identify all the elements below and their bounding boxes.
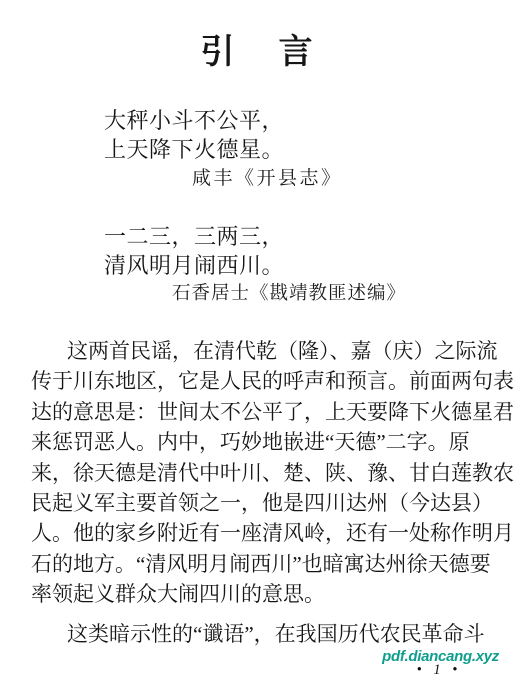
body-line: 人。他的家乡附近有一座清风岭，还有一处称作明月 bbox=[31, 518, 489, 548]
poem-second-attribution: 石香居士《戡靖教匪述编》 bbox=[172, 279, 406, 305]
scanned-book-page: 引 言 大秤小斗不公平， 上天降下火德星。 咸丰《开县志》 一二三，三两三， 清… bbox=[0, 0, 518, 691]
poem-first-attribution: 咸丰《开县志》 bbox=[192, 163, 343, 190]
body-line: 这类暗示性的“谶语”，在我国历代农民革命斗 bbox=[31, 619, 489, 649]
body-line: 传于川东地区，它是人民的呼声和预言。前面两句表 bbox=[31, 366, 489, 396]
body-line: 来，徐天德是清代中叶川、楚、陕、豫、甘白莲教农 bbox=[31, 458, 489, 488]
body-line: 率领起义群众大闹四川的意思。 bbox=[31, 579, 489, 609]
body-line: 民起义军主要首领之一，他是四川达州（今达县） bbox=[31, 488, 489, 518]
paragraph: 这两首民谣，在清代乾（隆）、嘉（庆）之际流 传于川东地区，它是人民的呼声和预言。… bbox=[31, 336, 489, 610]
poem-first: 大秤小斗不公平， 上天降下火德星。 bbox=[104, 106, 284, 164]
poem-line: 一二三，三两三， bbox=[104, 222, 284, 251]
page-number: • 1 • bbox=[408, 662, 470, 679]
poem-second: 一二三，三两三， 清风明月闹西川。 bbox=[104, 222, 284, 280]
body-line: 这两首民谣，在清代乾（隆）、嘉（庆）之际流 bbox=[31, 336, 489, 366]
body-line: 达的意思是：世间太不公平了，上天要降下火德星君 bbox=[31, 397, 489, 427]
body-line: 石的地方。“清风明月闹西川”也暗寓达州徐天德要 bbox=[31, 549, 489, 579]
poem-line: 大秤小斗不公平， bbox=[104, 106, 284, 135]
poem-line: 上天降下火德星。 bbox=[104, 135, 284, 164]
paragraph: 这类暗示性的“谶语”，在我国历代农民革命斗 bbox=[31, 619, 489, 649]
poem-line: 清风明月闹西川。 bbox=[104, 251, 284, 280]
body-text: 这两首民谣，在清代乾（隆）、嘉（庆）之际流 传于川东地区，它是人民的呼声和预言。… bbox=[31, 336, 489, 649]
body-line: 来惩罚恶人。内中，巧妙地嵌进“天德”二字。原 bbox=[31, 427, 489, 457]
page-title: 引 言 bbox=[0, 24, 518, 73]
